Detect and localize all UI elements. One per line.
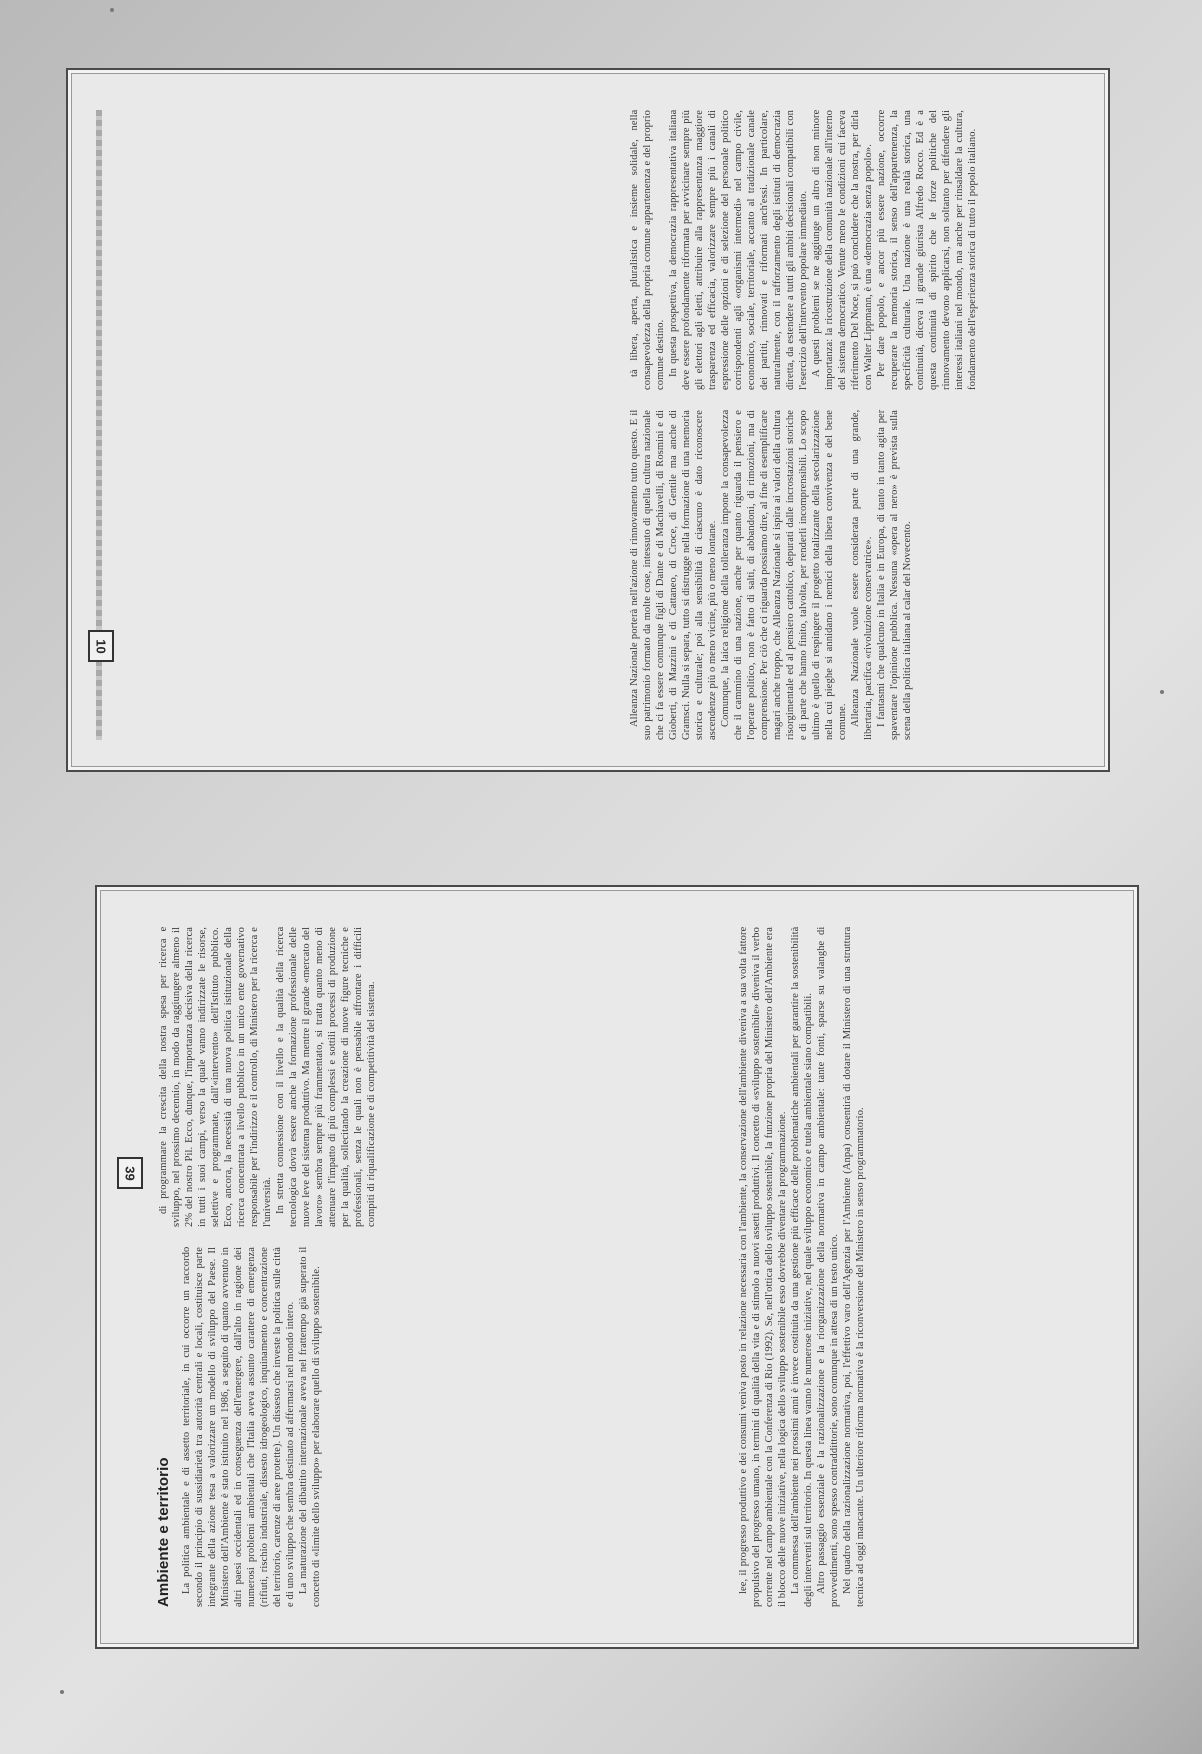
- paragraph: I fantasmi che qualcuno in Italia e in E…: [875, 410, 914, 740]
- scan-speck: [1160, 690, 1164, 694]
- text-column: Ambiente e territorio La politica ambien…: [157, 1247, 717, 1607]
- section-heading: Ambiente e territorio: [157, 1247, 170, 1607]
- paragraph: di programmare la crescita della nostra …: [157, 927, 274, 1227]
- paragraph: La politica ambientale e di assetto terr…: [180, 1247, 297, 1607]
- paragraph: La commessa dell'ambiente nei prossimi a…: [789, 927, 815, 1607]
- page-number: 39: [123, 1166, 138, 1180]
- paragraph: lee, il progresso produttivo e dei consu…: [737, 927, 789, 1607]
- paragraph: tà libera, aperta, pluralistica e insiem…: [628, 110, 667, 390]
- text-column: lee, il progresso produttivo e dei consu…: [737, 927, 1087, 1607]
- scan-speck: [60, 1690, 64, 1694]
- paragraph: In questa prospettiva, la democrazia rap…: [667, 110, 810, 390]
- paragraph: Alleanza Nazionale vuole essere consider…: [849, 410, 875, 740]
- paragraph: Per dare popolo, e ancor più essere nazi…: [875, 110, 979, 390]
- paragraph: Comunque, la laica religione della tolle…: [719, 410, 849, 740]
- scanned-page-39: 39 di programmare la crescita della nost…: [95, 885, 1139, 1649]
- paragraph: In stretta connessione con il livello e …: [274, 927, 378, 1227]
- text-column: di programmare la crescita della nostra …: [157, 927, 717, 1227]
- paragraph: La maturazione del dibattito internazion…: [297, 1247, 323, 1607]
- page-number-box: 39: [117, 1157, 143, 1189]
- scanned-page-10: 10 tà libera, aperta, pluralistica e ins…: [66, 68, 1110, 772]
- paragraph: Nel quadro della razionalizzazione norma…: [841, 927, 867, 1607]
- paragraph: A questi problemi se ne aggiunge un altr…: [810, 110, 875, 390]
- text-column: Alleanza Nazionale porterà nell'azione d…: [628, 410, 1048, 740]
- text-column: tà libera, aperta, pluralistica e insiem…: [628, 110, 1048, 390]
- page-number: 10: [94, 639, 109, 653]
- paragraph: Altro passaggio essenziale è la razional…: [815, 927, 841, 1607]
- page-number-box: 10: [88, 630, 114, 662]
- scan-speck: [110, 8, 114, 12]
- paragraph: Alleanza Nazionale porterà nell'azione d…: [628, 410, 719, 740]
